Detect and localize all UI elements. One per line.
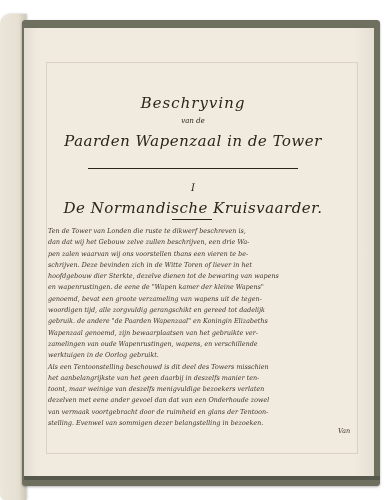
- text-line: van vermaak voortgebracht door de ruimhe…: [48, 407, 358, 418]
- manuscript-title: Beschryving: [0, 94, 386, 112]
- text-line: genoemd, bevat een groote verzameling va…: [48, 294, 358, 305]
- text-line: stelling. Evenwel van sommigen dezer bel…: [48, 418, 358, 429]
- body-text: Ten de Tower van Londen die ruste te dik…: [48, 226, 358, 429]
- title-connector: van de: [0, 117, 386, 125]
- manuscript-subtitle: Paarden Wapenzaal in de Tower: [0, 132, 386, 150]
- chapter-title: De Normandische Kruisvaarder.: [0, 199, 386, 217]
- text-line: dan dat wij het Gebouw zelve zullen besc…: [48, 237, 358, 248]
- book-bottom-edge: [24, 476, 380, 480]
- catchword: Van: [338, 427, 350, 435]
- text-line: schrijven. Deze bevinden zich in de Witt…: [48, 260, 358, 271]
- text-line: dezelven met eene ander gevoel dan dat v…: [48, 395, 358, 406]
- text-line: woordigen tijd, alle zorgvuldig gerangsc…: [48, 305, 358, 316]
- text-line: het aanbelangrijkste van het geen daarbi…: [48, 373, 358, 384]
- text-line: Ten de Tower van Londen die ruste te dik…: [48, 226, 358, 237]
- text-line: werktuigen in de Oorlog gebruikt.: [48, 350, 358, 361]
- chapter-number: I: [0, 183, 386, 194]
- title-divider: [88, 168, 298, 170]
- text-line: en wapenrustingen. de eene de "Wapen kam…: [48, 282, 358, 293]
- text-line: gebruik. de andere "de Paarden Wapenzaal…: [48, 316, 358, 327]
- text-line: hoofdgebouw dier Sterkte, dezelve dienen…: [48, 271, 358, 282]
- text-line: pen zalen waarvan wij ons voorstellen th…: [48, 249, 358, 260]
- chapter-underline: [172, 219, 212, 220]
- text-line: Als een Tentoonstelling beschouwd is dit…: [48, 362, 358, 373]
- text-line: Wapenzaal genoemd, zijn bewaarplaatsen v…: [48, 328, 358, 339]
- text-line: zamelingen van oude Wapenrustingen, wape…: [48, 339, 358, 350]
- text-line: toont, maar weinige van deszelfs menigvu…: [48, 384, 358, 395]
